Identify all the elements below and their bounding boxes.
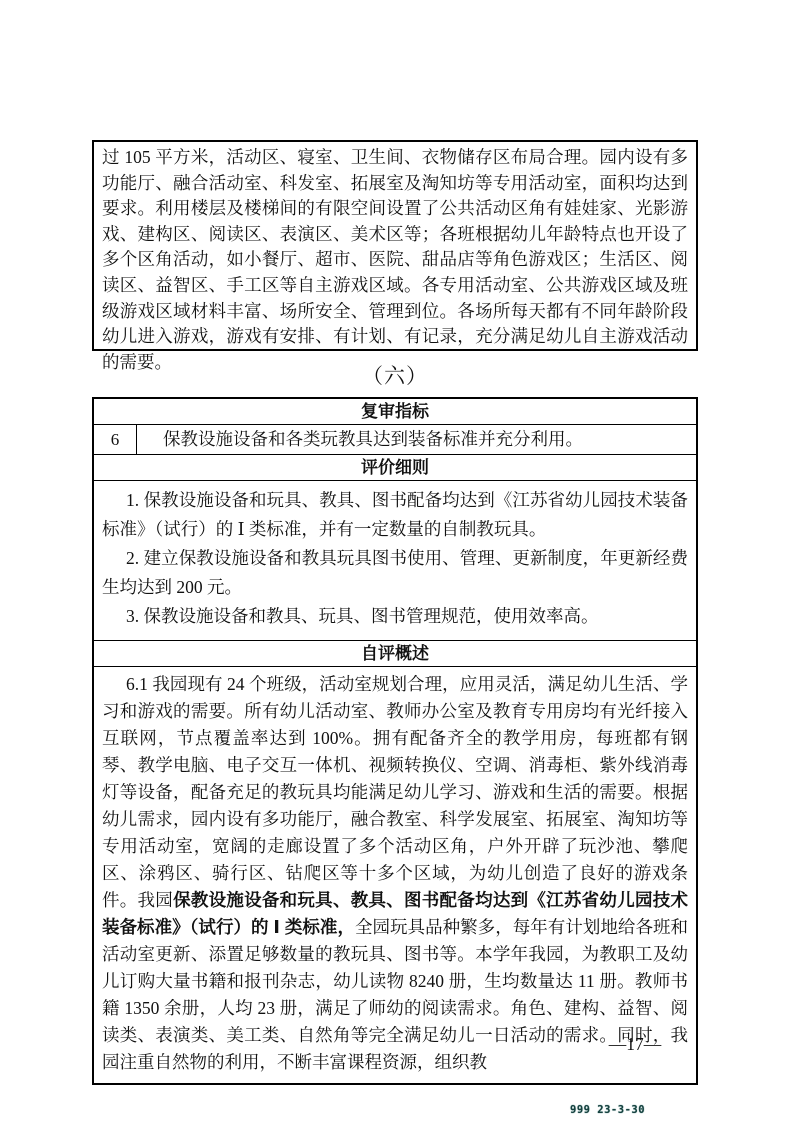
section-heading: （六） xyxy=(92,360,698,390)
indicator-text-cell: 保教设施设备和各类玩教具达到装备标准并充分利用。 xyxy=(137,425,696,454)
criteria-header: 评价细则 xyxy=(94,455,696,481)
criteria-item-3: 3. 保教设施设备和教具、玩具、图书管理规范，使用效率高。 xyxy=(102,602,688,631)
criteria-item-1: 1. 保教设施设备和玩具、教具、图书配备均达到《江苏省幼儿园技术装备标准》（试行… xyxy=(102,486,688,544)
document-page: 过 105 平方米，活动区、寝室、卫生间、衣物储存区布局合理。园内设有多功能厅、… xyxy=(0,0,793,1122)
summary-paragraph: 6.1 我园现有 24 个班级，活动室规划合理，应用灵活，满足幼儿生活、学习和游… xyxy=(102,671,688,1076)
summary-body: 6.1 我园现有 24 个班级，活动室规划合理，应用灵活，满足幼儿生活、学习和游… xyxy=(94,667,696,1083)
summary-text-normal-1: 6.1 我园现有 24 个班级，活动室规划合理，应用灵活，满足幼儿生活、学习和游… xyxy=(102,674,688,910)
summary-header: 自评概述 xyxy=(94,641,696,667)
timestamp-stamp: 999 23-3-30 xyxy=(570,1104,645,1116)
evaluation-table: 复审指标 6 保教设施设备和各类玩教具达到装备标准并充分利用。 评价细则 1. … xyxy=(92,397,698,1085)
continuation-paragraph-box: 过 105 平方米，活动区、寝室、卫生间、衣物储存区布局合理。园内设有多功能厅、… xyxy=(92,140,698,351)
indicator-row: 6 保教设施设备和各类玩教具达到装备标准并充分利用。 xyxy=(94,425,696,455)
continuation-paragraph: 过 105 平方米，活动区、寝室、卫生间、衣物储存区布局合理。园内设有多功能厅、… xyxy=(102,145,688,375)
indicator-number-cell: 6 xyxy=(94,425,137,454)
criteria-body: 1. 保教设施设备和玩具、教具、图书配备均达到《江苏省幼儿园技术装备标准》（试行… xyxy=(94,481,696,641)
criteria-item-2: 2. 建立保教设施设备和教具玩具图书使用、管理、更新制度，年更新经费生均达到 2… xyxy=(102,544,688,602)
review-indicator-header: 复审指标 xyxy=(94,399,696,425)
page-number: —17— xyxy=(600,1034,670,1055)
